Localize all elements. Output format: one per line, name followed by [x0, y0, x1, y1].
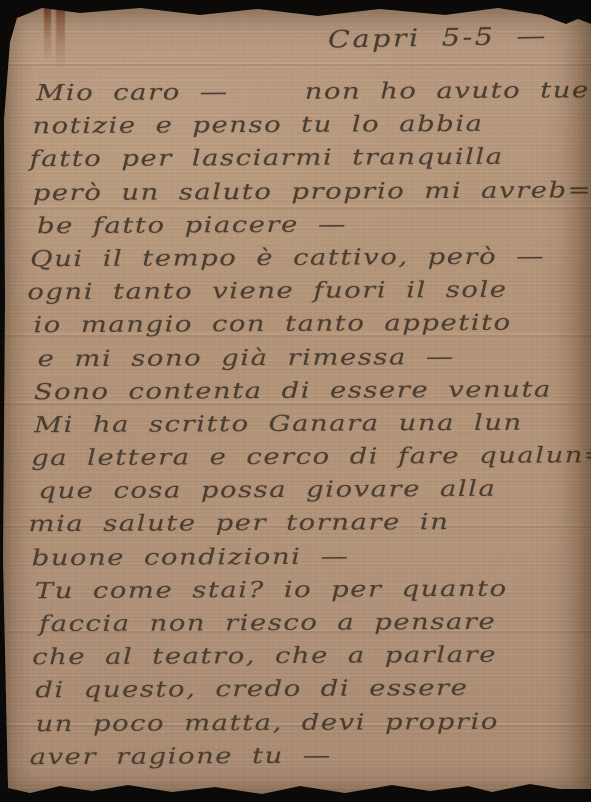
letter-date: Capri 5-5 — — [328, 22, 512, 53]
letter-line: un poco matta, devi proprio — [35, 709, 494, 745]
letter-line: que cosa possa giovare alla — [38, 477, 493, 513]
scan-background: Capri 5-5 — Mio caro — non ho avuto tue … — [0, 0, 591, 802]
letter-line: di questo, credo di essere — [35, 676, 494, 712]
tape-residue-mark — [56, 0, 65, 68]
letter-line: che al teatro, che a parlare — [32, 643, 494, 679]
letter-line: e mi sono già rimessa — — [38, 344, 493, 380]
fold-crease — [0, 62, 591, 66]
letter-line: notizie e penso tu lo abbia — [32, 112, 491, 148]
letter-line: fatto per lasciarmi tranquilla — [30, 145, 492, 181]
letter-line: aver ragione tu — — [30, 743, 495, 779]
letter-line: però un saluto proprio mi avreb= — [33, 178, 492, 214]
letter-line: io mangio con tanto appetito — [33, 311, 492, 347]
letter-line: ga lettera e cerco di fare qualun= — [31, 444, 493, 480]
letter-line: Mi ha scritto Ganara una lun — [34, 411, 493, 447]
letter-line: Tu come stai? io per quanto — [35, 577, 494, 613]
letter-line: Sono contenta di essere venuta — [34, 377, 493, 413]
letter-date-text: Capri 5-5 — — [328, 22, 548, 54]
letter-line: buone condizioni — — [32, 543, 494, 579]
tape-residue-mark — [44, 4, 51, 60]
letter-line: Mio caro — non ho avuto tue — [36, 79, 491, 115]
letter-line: Qui il tempo è cattivo, però — — [30, 245, 492, 281]
letter-line: be fatto piacere — — [37, 212, 492, 248]
letter-line: ogni tanto viene fuori il sole — [27, 278, 492, 314]
letter-body: Mio caro — non ho avuto tue notizie e pe… — [32, 79, 495, 778]
letter-line: mia salute per tornare in — [28, 510, 493, 546]
letter-sheet: Capri 5-5 — Mio caro — non ho avuto tue … — [0, 0, 591, 802]
letter-line: faccia non riesco a pensare — [39, 610, 494, 646]
